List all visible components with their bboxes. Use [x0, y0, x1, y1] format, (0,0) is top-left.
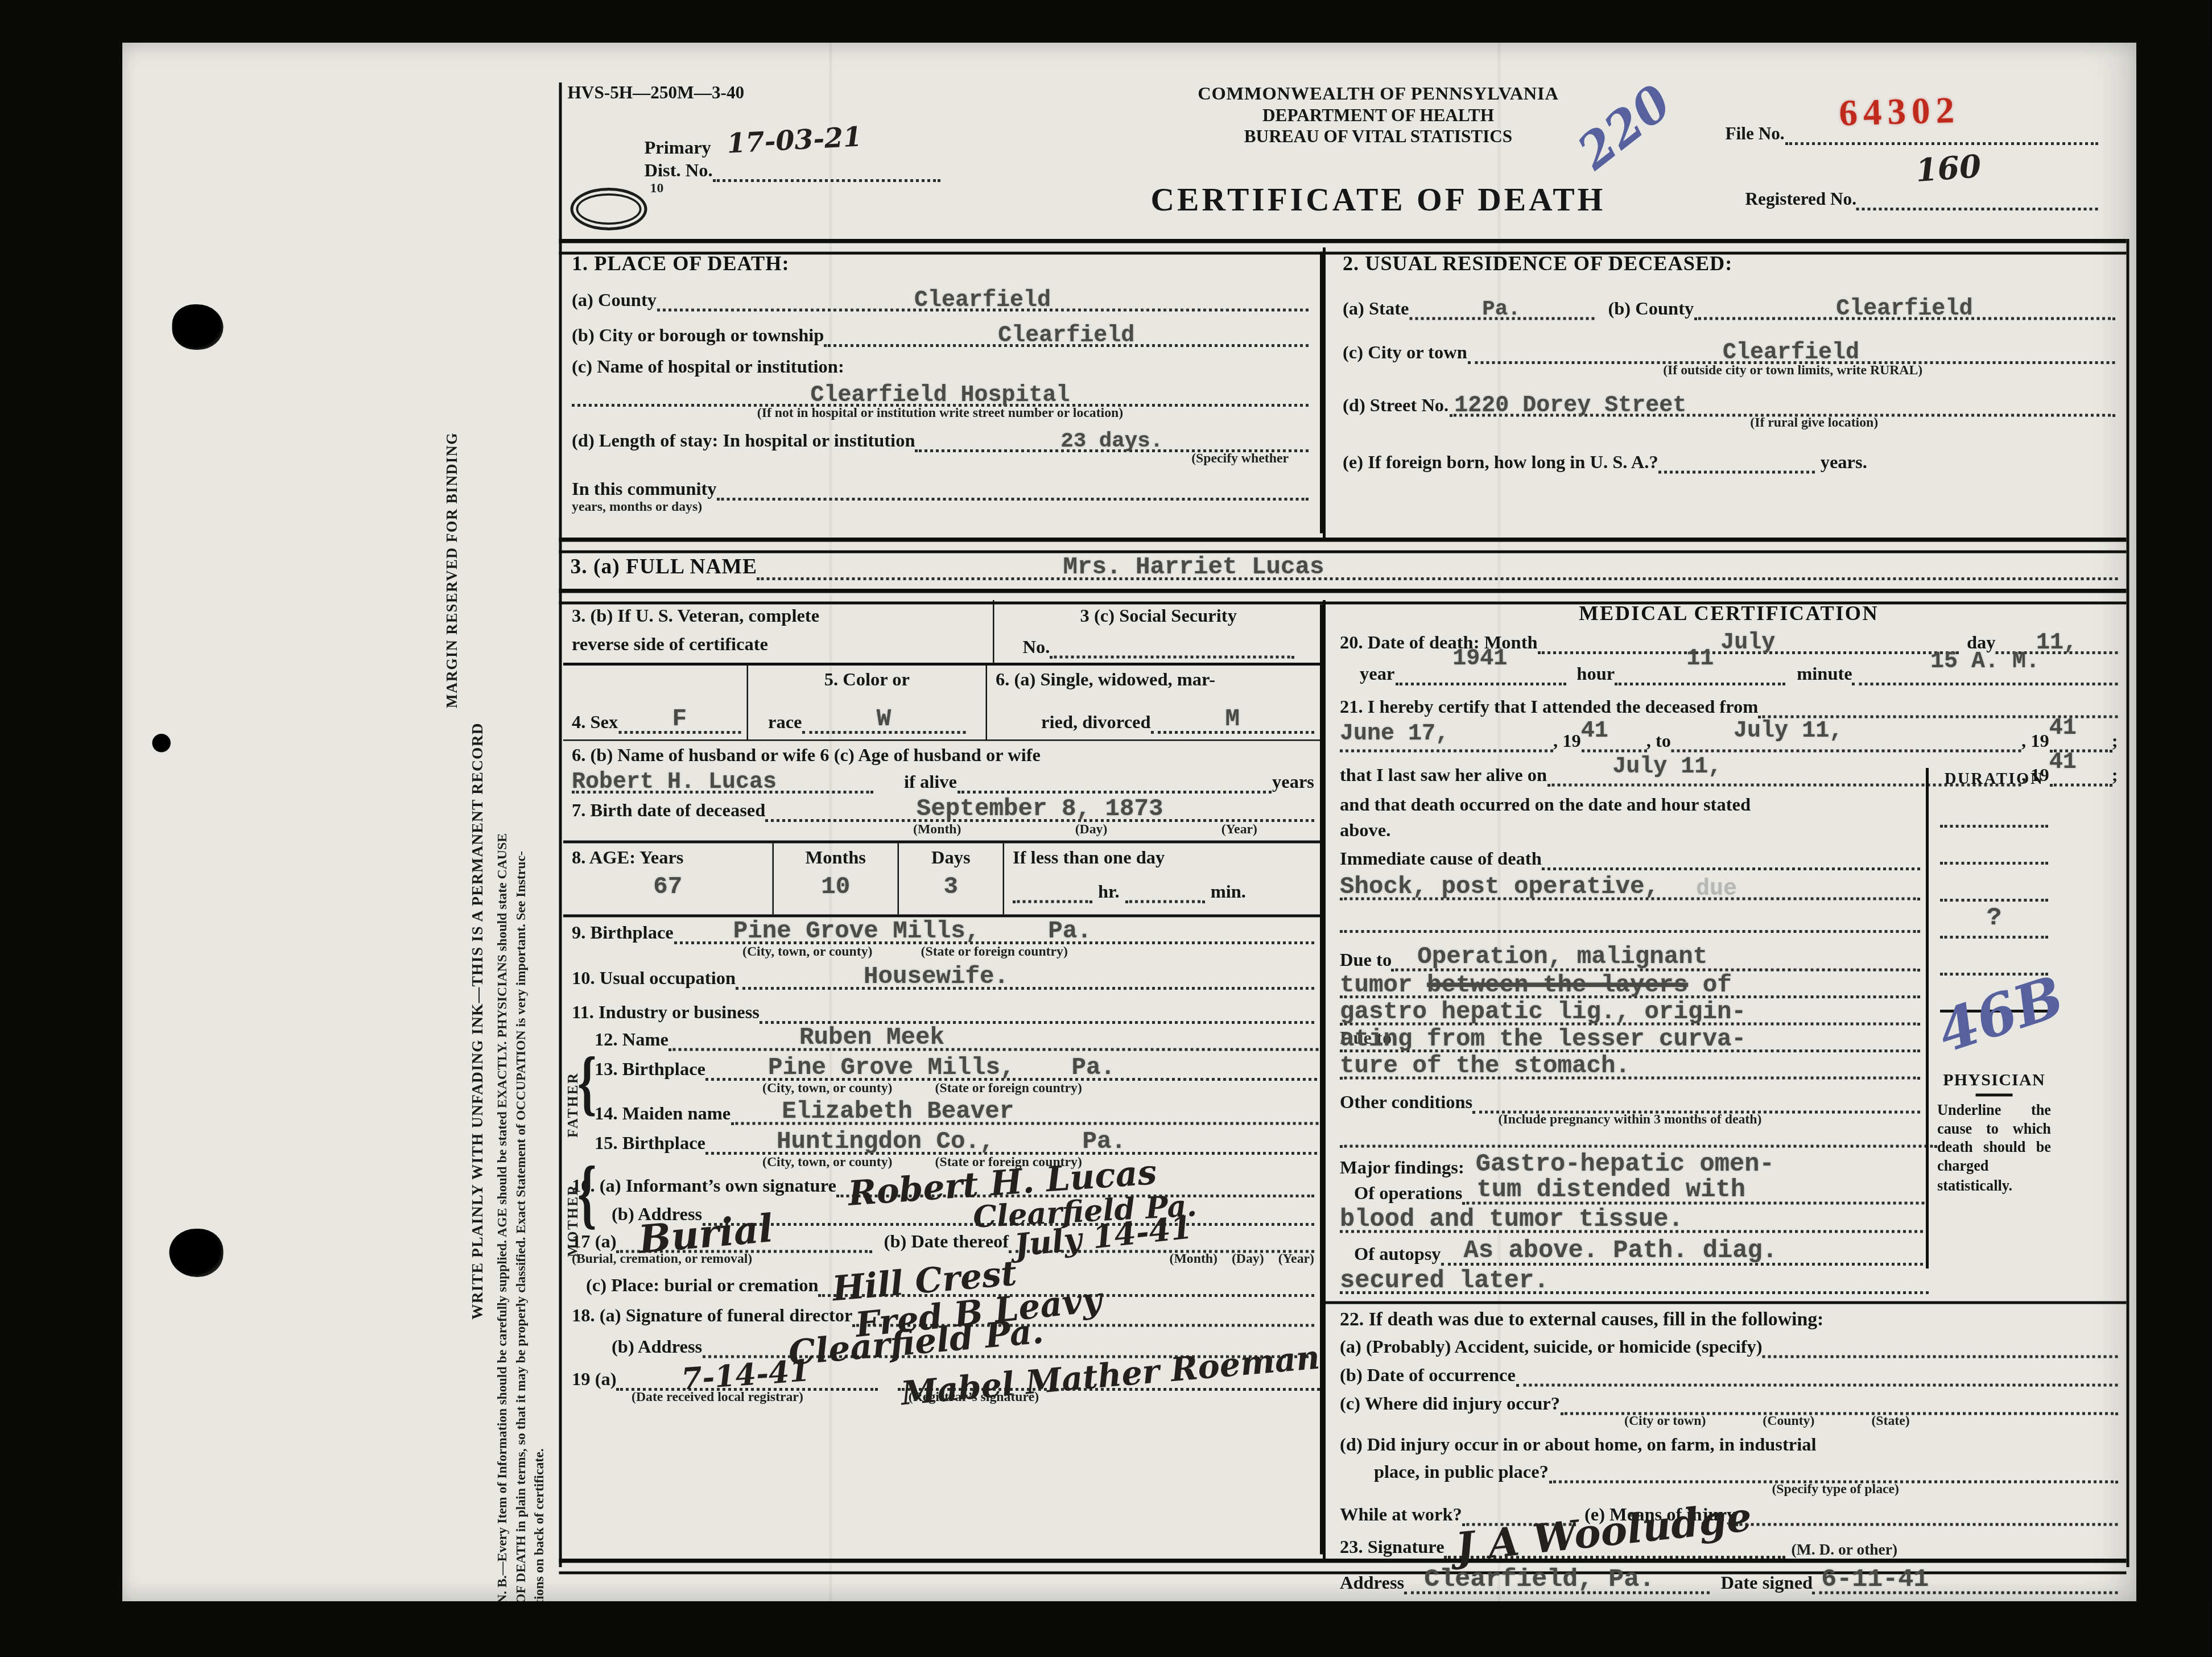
sex-label: 4. Sex — [572, 711, 618, 734]
sec23-date-value: 6-11-41 — [1821, 1566, 1929, 1594]
certify-row2: June 17, , 19 41 , to July 11, , 19 41 ; — [1340, 730, 2118, 753]
sec22-c-caps: (City or town) (County) (State) — [1340, 1415, 2118, 1429]
due-to-line2a: tumor — [1340, 973, 1427, 1000]
punch-hole — [152, 734, 171, 753]
file-no-stamp: 64302 — [1838, 89, 1960, 135]
sec2-foreign-suffix: years. — [1821, 451, 1867, 474]
sec2-street-note: (If rural give location) — [1343, 417, 2115, 431]
birthdate-cap-month: (Month) — [913, 824, 961, 838]
sec1-community-label: In this community — [572, 478, 717, 501]
sec2-city-value: Clearfield — [1723, 340, 1859, 366]
certify-19a: , 19 — [1553, 730, 1581, 753]
sec2-heading: 2. USUAL RESIDENCE OF DECEASED: — [1343, 253, 2115, 278]
sec22-d-row2: place, in public place? — [1340, 1461, 2118, 1484]
registrar-no-label: 19 (a) — [572, 1368, 617, 1391]
birthplace-cap-state: (State or foreign country) — [921, 946, 1068, 960]
major-findings-value: Gastro-hepatic omen- — [1476, 1151, 1774, 1179]
marital-label-2: ried, divorced — [1041, 711, 1151, 734]
age-years-value: 67 — [572, 875, 764, 902]
primary-district-label-1: Primary — [645, 137, 713, 159]
mother-brace: { — [577, 1153, 597, 1239]
margin-nb-note-line2: OF DEATH in plain terms, so that it may … — [515, 239, 529, 1604]
birthdate-label: 7. Birth date of deceased — [572, 799, 765, 822]
registered-no-label: Registered No. — [1745, 189, 1857, 211]
sec2-state-value: Pa. — [1482, 297, 1521, 322]
immediate-cause-row: Immediate cause of death — [1340, 848, 1920, 870]
parents-block: FATHER MOTHER { { 12. Name Ruben Meek 13… — [563, 1027, 1323, 1171]
attended-to: July 11, — [1734, 718, 1843, 744]
marital-value: M — [1225, 707, 1240, 734]
mother-birthplace-label: 15. Birthplace — [595, 1132, 705, 1155]
sec22-cap-county: (County) — [1763, 1415, 1814, 1429]
major-findings-label: Major findings: — [1340, 1156, 1464, 1179]
due-to-line2c: of — [1688, 973, 1732, 1000]
sec1-community-note: years, months or days) — [572, 501, 1309, 515]
primary-district-value: 17-03-21 — [726, 122, 862, 160]
burial-cap-month: (Month) — [1169, 1253, 1217, 1267]
operations-value: tum distended with — [1477, 1176, 1746, 1205]
veteran-ssn-row: 3. (b) If U. S. Veteran, complete revers… — [563, 600, 1323, 666]
sec2-city-note: (If outside city or town limits, write R… — [1343, 364, 2115, 378]
due-to-line5: ture of the stomach. — [1340, 1054, 1630, 1081]
sec2-foreign-label: (e) If foreign born, how long in U. S. A… — [1343, 451, 1658, 474]
funeral-address-label: (b) Address — [612, 1336, 702, 1358]
scan-edge-top — [0, 0, 2212, 43]
father-birthplace-cap-state: (State or foreign country) — [935, 1082, 1082, 1097]
duration-question-mark: ? — [1929, 904, 2060, 933]
immediate-cause-value-row: Shock, post operative, due — [1340, 873, 1920, 900]
sec1-stay-note: (Specify whether — [572, 452, 1309, 466]
operations-label: Of operations — [1340, 1182, 1463, 1205]
autopsy-value2: secured later. — [1340, 1267, 1549, 1296]
dod-year-label: year — [1360, 663, 1394, 685]
registrar-row: 19 (a) 7-14-41 Mabel Mather Roeman (Date… — [563, 1358, 1323, 1406]
father-name-row: 12. Name Ruben Meek — [595, 1027, 1323, 1051]
mother-maiden-label: 14. Maiden name — [595, 1102, 731, 1125]
dod-label: 20. Date of death: Month — [1340, 631, 1538, 654]
sec22-b-label: (b) Date of occurrence — [1340, 1364, 1516, 1387]
age-days-value: 3 — [907, 875, 994, 902]
physician-heading-underline — [1976, 1094, 2013, 1097]
husband-label: 6. (b) Name of husband or wife 6 (c) Age… — [572, 744, 1314, 767]
sec1-hospital-note: (If not in hospital or institution write… — [572, 407, 1309, 421]
burial-place-row: (c) Place: burial or cremation Hill Cres… — [563, 1267, 1323, 1297]
duration-line — [1940, 825, 2048, 828]
age-min-label: min. — [1211, 881, 1246, 903]
duration-heading: DURATION — [1929, 771, 2060, 788]
registered-no-value: 160 — [1915, 148, 1983, 190]
age-months-value: 10 — [782, 875, 889, 902]
dod-month: July — [1720, 630, 1775, 656]
top-section: 1. PLACE OF DEATH: (a) County Clearfield… — [563, 247, 2127, 538]
father-birthplace-row: 13. Birthplace Pine Grove Mills, Pa. (Ci… — [595, 1057, 1323, 1097]
margin-permanent-record-note: WRITE PLAINLY WITH UNFADING INK—THIS IS … — [469, 395, 486, 1320]
margin-nb-note-line1: N. B.—Every Item of Information should b… — [497, 239, 511, 1604]
other-conditions-cap: (Include pregnancy within 3 months of de… — [1340, 1114, 1920, 1128]
industry-row: 11. Industry or business — [563, 990, 1323, 1024]
scan-edge-right — [2136, 0, 2212, 1657]
mother-birthplace-cap-city: (City, town, or county) — [762, 1156, 893, 1171]
duration-physician-box: DURATION ? 46B PHYSICIAN Underline the c… — [1926, 768, 2060, 1268]
if-alive-label: if alive — [904, 771, 957, 794]
operations-row2: blood and tumor tissue. — [1340, 1205, 1929, 1233]
ssn-no-label: No. — [1023, 636, 1050, 659]
margin-binding-note: MARGIN RESERVED FOR BINDING — [445, 466, 461, 708]
color-race-label-1: 5. Color or — [757, 668, 977, 691]
due-to-line4: ating from the lesser curva- — [1340, 1027, 1746, 1054]
certify-text-4: and that death occurred on the date and … — [1340, 794, 1920, 816]
other-conditions-row: Other conditions — [1340, 1091, 1920, 1114]
scan-edge-bottom — [0, 1601, 2212, 1657]
sec22-b-row: (b) Date of occurrence — [1340, 1364, 2118, 1387]
form-left-border — [559, 82, 562, 1567]
veteran-label-1: 3. (b) If U. S. Veteran, complete — [572, 605, 984, 627]
due-to-label: Due to — [1340, 949, 1392, 972]
sex-color-marital-row: 4. Sex F 5. Color or race W 6. (a) Singl… — [563, 666, 1323, 741]
occupation-row: 10. Usual occupation Housewife. — [563, 963, 1323, 990]
autopsy-label: Of autopsy — [1340, 1243, 1441, 1266]
punch-hole — [172, 304, 224, 350]
attended-from-year: 41 — [1581, 718, 1608, 744]
immediate-cause-value: Shock, post operative, — [1340, 875, 1659, 902]
attended-from: June 17, — [1340, 721, 1449, 747]
sec1-city-value: Clearfield — [998, 323, 1134, 349]
father-name-value: Ruben Meek — [799, 1026, 944, 1053]
sec22-c-label: (c) Where did injury occur? — [1340, 1392, 1560, 1415]
due-to-line1: Operation, malignant — [1417, 944, 1707, 972]
certify-19b: , 19 — [2021, 730, 2049, 753]
certify-to-label: , to — [1646, 730, 1671, 753]
sec23-label: 23. Signature — [1340, 1536, 1445, 1559]
date-of-death-row2: year 1941 hour 11 minute 15 A. M. — [1340, 663, 2118, 685]
due-to-line3: gastro hepatic lig., origin- — [1340, 1000, 1746, 1027]
birthdate-cap-year: (Year) — [1221, 824, 1257, 838]
mother-birthplace-state: Pa. — [1083, 1129, 1126, 1156]
scan-edge-left — [0, 0, 122, 1657]
burial-place-label: (c) Place: burial or cremation — [586, 1274, 819, 1297]
full-name-label: 3. (a) FULL NAME — [571, 556, 758, 581]
due-to-line2-struck: between the layers — [1427, 973, 1688, 1000]
attended-to-year: 41 — [2049, 716, 2077, 741]
sec1-hospital-label: (c) Name of hospital or institution: — [572, 356, 1309, 378]
margin-nb-note-line3: tions on back of certificate. — [534, 1266, 548, 1604]
father-birthplace-state: Pa. — [1072, 1055, 1116, 1082]
sec22-cap-state: (State) — [1871, 1415, 1909, 1429]
birthplace-cap-city: (City, town, or county) — [742, 946, 873, 960]
registrar-date-value: 7-14-41 — [681, 1352, 812, 1396]
primary-district-block: Primary Dist. No. 17-03-21 — [645, 137, 1071, 182]
age-hr-label: hr. — [1098, 881, 1120, 903]
birthplace-state: Pa. — [1048, 919, 1092, 946]
certify-semi-2: ; — [2112, 764, 2118, 787]
physician-signature-row: 23. Signature J A Wooludge (M. D. or oth… — [1340, 1535, 2118, 1559]
birthdate-value: September 8, 1873 — [917, 796, 1163, 824]
age-days-label: Days — [907, 846, 994, 869]
section22-rule — [1326, 1301, 2127, 1304]
occupation-label: 10. Usual occupation — [572, 967, 736, 990]
mother-maiden-value: Elizabeth Beaver — [782, 1100, 1014, 1127]
punch-hole — [170, 1229, 224, 1277]
sec2-street-label: (d) Street No. — [1343, 394, 1448, 417]
birthplace-row: 9. Birthplace Pine Grove Mills, Pa. (Cit… — [563, 918, 1323, 963]
physician-box-note: Underline the cause to which death shoul… — [1929, 1102, 2060, 1196]
veteran-label-2: reverse side of certificate — [572, 633, 984, 656]
industry-label: 11. Industry or business — [572, 1001, 760, 1024]
sec22-work-label: While at work? — [1340, 1503, 1462, 1526]
informant-label: 16. (a) Informant’s own signature — [572, 1175, 836, 1197]
dod-minute: 15 A. M. — [1930, 648, 2040, 674]
occupation-value: Housewife. — [864, 964, 1009, 991]
major-findings-row: Major findings: Gastro-hepatic omen- — [1340, 1145, 1937, 1179]
mother-birthplace-city: Huntingdon Co., — [777, 1129, 994, 1156]
sec22-a-label: (a) (Probably) Accident, suicide, or hom… — [1340, 1336, 1763, 1358]
burial-cap-year: (Year) — [1278, 1253, 1314, 1267]
blank-dotted-line — [1340, 926, 1920, 933]
father-birthplace-label: 13. Birthplace — [595, 1058, 705, 1081]
sec1-heading: 1. PLACE OF DEATH: — [572, 253, 1309, 278]
operations-value2: blood and tumor tissue. — [1340, 1206, 1683, 1234]
sec1-county-value: Clearfield — [914, 287, 1051, 313]
physician-box-heading: PHYSICIAN — [1929, 1069, 2060, 1091]
last-seen-date: July 11, — [1612, 754, 1722, 779]
race-value: W — [877, 707, 892, 734]
medical-certification-column: MEDICAL CERTIFICATION 20. Date of death:… — [1323, 600, 2127, 1559]
age-label: 8. AGE: Years — [572, 846, 764, 869]
certify-text-1: 21. I hereby certify that I attended the… — [1340, 696, 1758, 718]
certificate-paper: MARGIN RESERVED FOR BINDING WRITE PLAINL… — [121, 40, 2141, 1607]
due-to-block: Due to Operation, malignant tumor betwee… — [1340, 947, 1920, 1080]
autopsy-row: Of autopsy As above. Path. diag. — [1340, 1242, 1929, 1266]
father-birthplace-cap-city: (City, town, or county) — [762, 1082, 893, 1097]
registered-no-block: Registered No. 160 — [1745, 188, 2098, 210]
duration-line — [1940, 862, 2048, 865]
sec22-a-row: (a) (Probably) Accident, suicide, or hom… — [1340, 1336, 2118, 1358]
sec1-stay-label: (d) Length of stay: In hospital or insti… — [572, 429, 915, 452]
age-row: 8. AGE: Years 67 Months 10 Days 3 If les… — [563, 841, 1323, 918]
sec23-address-value: Clearfield, Pa. — [1424, 1566, 1654, 1594]
sec22-heading: 22. If death was due to external causes,… — [1340, 1308, 2118, 1331]
seal-number: 10 — [650, 182, 664, 196]
immediate-cause-faint: due — [1696, 876, 1737, 902]
sec1-county-label: (a) County — [572, 289, 657, 312]
section-place-of-death: 1. PLACE OF DEATH: (a) County Clearfield… — [563, 247, 1323, 538]
autopsy-row2: secured later. — [1340, 1266, 1929, 1294]
father-birthplace-city: Pine Grove Mills, — [768, 1055, 1015, 1082]
duration-code-handwritten: 46B — [1930, 963, 2071, 1066]
bottom-section: 3. (b) If U. S. Veteran, complete revers… — [563, 600, 2127, 1559]
file-no-block: File No. 64302 — [1726, 122, 2098, 145]
birthplace-city: Pine Grove Mills, — [733, 919, 980, 946]
age-months-label: Months — [782, 846, 889, 869]
form-right-border — [2127, 239, 2130, 1567]
file-no-label: File No. — [1726, 124, 1785, 146]
sec22-d-label-2: place, in public place? — [1374, 1461, 1549, 1484]
sec1-city-label: (b) City or borough or township — [572, 324, 824, 347]
duration-line — [1940, 899, 2048, 902]
sec2-county-label: (b) County — [1608, 297, 1694, 320]
other-conditions-label: Other conditions — [1340, 1091, 1472, 1114]
sec2-county-value: Clearfield — [1836, 296, 1972, 321]
funeral-director-label: 18. (a) Signature of funeral director — [572, 1304, 852, 1327]
birthdate-row: 7. Birth date of deceased September 8, 1… — [563, 794, 1323, 841]
age-less-label: If less than one day — [1013, 846, 1314, 869]
husband-row: 6. (b) Name of husband or wife 6 (c) Age… — [563, 741, 1323, 794]
duration-line — [1940, 936, 2048, 939]
certify-semi-1: ; — [2112, 730, 2118, 753]
medical-heading: MEDICAL CERTIFICATION — [1340, 603, 2118, 627]
color-race-label-2: race — [768, 711, 802, 734]
marital-label-1: 6. (a) Single, widowed, mar- — [996, 668, 1314, 691]
husband-value: Robert H. Lucas — [572, 770, 777, 795]
dod-minute-label: minute — [1797, 663, 1852, 685]
autopsy-value: As above. Path. diag. — [1464, 1237, 1777, 1266]
certify-text-3: that I last saw her alive on — [1340, 764, 1547, 787]
birthdate-cap-day: (Day) — [1075, 824, 1108, 838]
sec1-hospital-value: Clearfield Hospital — [810, 383, 1070, 408]
sex-value: F — [672, 707, 687, 734]
certificate-title: CERTIFICATE OF DEATH — [1066, 182, 1691, 219]
dod-day: 11, — [2036, 630, 2077, 656]
immediate-cause-label: Immediate cause of death — [1340, 848, 1542, 870]
sec22-c-row: (c) Where did injury occur? — [1340, 1392, 2118, 1415]
sec22-cap-city: (City or town) — [1624, 1415, 1706, 1429]
sec2-state-label: (a) State — [1343, 297, 1409, 320]
burial-cap-day: (Day) — [1232, 1253, 1264, 1267]
physician-address-row: Address Clearfield, Pa. Date signed 6-11… — [1340, 1570, 2118, 1594]
operations-row: Of operations tum distended with — [1340, 1180, 1929, 1205]
sec2-street-value: 1220 Dorey Street — [1454, 392, 1686, 418]
left-column: 3. (b) If U. S. Veteran, complete revers… — [563, 600, 1323, 1559]
registrar-seal-stamp — [571, 188, 647, 230]
scanned-death-certificate: MARGIN RESERVED FOR BINDING WRITE PLAINL… — [0, 0, 2212, 1657]
certify-row1: 21. I hereby certify that I attended the… — [1340, 696, 2118, 718]
full-name-value: Mrs. Harriet Lucas — [1063, 555, 1324, 582]
mother-maiden-row: 14. Maiden name Elizabeth Beaver — [595, 1101, 1323, 1125]
sec23-cap: (M. D. or other) — [1792, 1542, 1898, 1559]
father-brace: { — [577, 1044, 597, 1126]
agency-line-1: COMMONWEALTH OF PENNSYLVANIA — [1066, 82, 1691, 105]
full-name-row: 3. (a) FULL NAME Mrs. Harriet Lucas — [571, 555, 2118, 580]
dod-hour-label: hour — [1577, 663, 1615, 685]
years-label: years — [1272, 771, 1314, 794]
dod-year: 1941 — [1452, 646, 1507, 671]
sec2-city-label: (c) City or town — [1343, 341, 1467, 364]
father-name-label: 12. Name — [595, 1028, 668, 1051]
sec23-date-label: Date signed — [1721, 1572, 1813, 1594]
sec22-d-label-1: (d) Did injury occur in or about home, o… — [1340, 1433, 2118, 1456]
dod-hour: 11 — [1686, 646, 1714, 671]
informant-row: 16. (a) Informant’s own signature Robert… — [563, 1171, 1323, 1198]
name-row-top-rule — [559, 538, 2127, 553]
section-usual-residence: 2. USUAL RESIDENCE OF DECEASED: (a) Stat… — [1323, 247, 2127, 538]
form-number: HVS-5H—250M—3-40 — [568, 82, 745, 104]
birthplace-label: 9. Birthplace — [572, 922, 674, 944]
ssn-label: 3 (c) Social Security — [1006, 605, 1312, 627]
sec23-address-label: Address — [1340, 1572, 1404, 1594]
primary-district-label-2: Dist. No. — [645, 159, 713, 182]
sec1-stay-value: 23 days. — [1060, 429, 1163, 454]
